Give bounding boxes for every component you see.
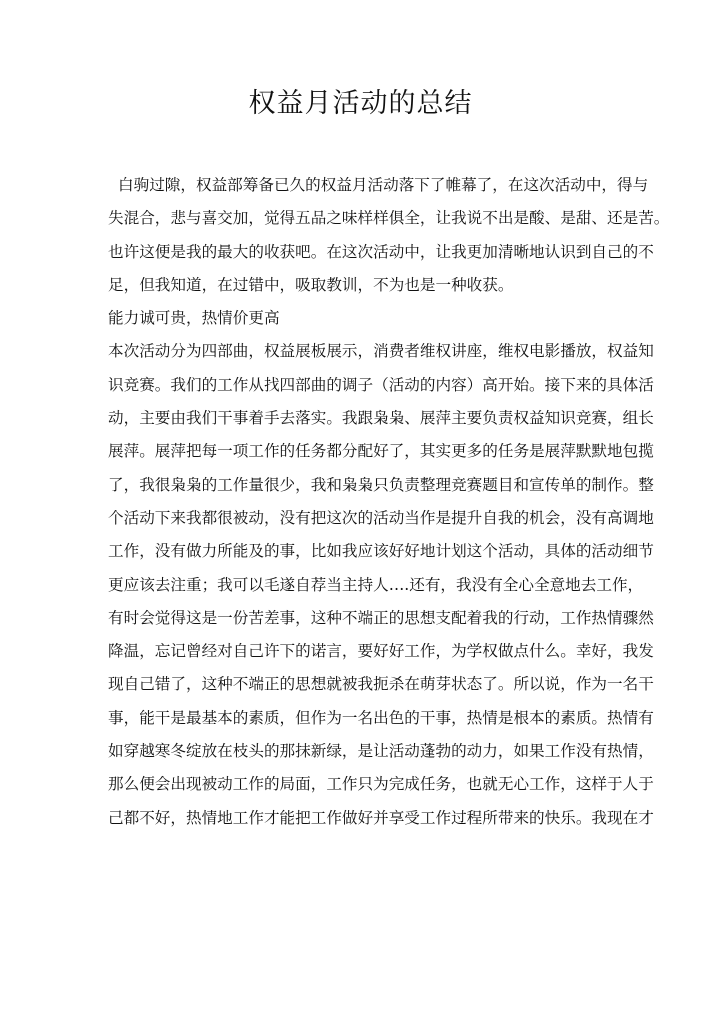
text-line: 降温，忘记曾经对自己许下的诺言，要好好工作，为学权做点什么。幸好，我发 bbox=[108, 638, 614, 671]
text-line: 如穿越寒冬绽放在枝头的那抹新绿，是让活动蓬勃的动力，如果工作没有热情， bbox=[108, 738, 614, 771]
text-line: 失混合，悲与喜交加，觉得五品之味样样俱全，让我说不出是酸、是甜、还是苦。 bbox=[108, 205, 614, 238]
text-line: 有时会觉得这是一份苦差事，这种不端正的思想支配着我的行动，工作热情骤然 bbox=[108, 605, 614, 638]
text-line: 动，主要由我们干事着手去落实。我跟枭枭、展萍主要负责权益知识竞赛，组长 bbox=[108, 405, 614, 438]
text-line: 识竞赛。我们的工作从找四部曲的调子（活动的内容）高开始。接下来的具体活 bbox=[108, 372, 614, 405]
text-line: 更应该去注重；我可以毛遂自荐当主持人….还有，我没有全心全意地去工作， bbox=[108, 572, 614, 605]
text-line: 己都不好，热情地工作才能把工作做好并享受工作过程所带来的快乐。我现在才 bbox=[108, 805, 614, 838]
text-line: 事，能干是最基本的素质，但作为一名出色的干事，热情是根本的素质。热情有 bbox=[108, 705, 614, 738]
text-line: 工作，没有做力所能及的事，比如我应该好好地计划这个活动，具体的活动细节 bbox=[108, 538, 614, 571]
text-line: 个活动下来我都很被动，没有把这次的活动当作是提升自我的机会，没有高调地 bbox=[108, 505, 614, 538]
text-line: 足，但我知道，在过错中，吸取教训，不为也是一种收获。 bbox=[108, 272, 614, 305]
text-line: 展萍。展萍把每一项工作的任务都分配好了，其实更多的任务是展萍默默地包揽 bbox=[108, 438, 614, 471]
text-line: 现自己错了，这种不端正的思想就被我扼杀在萌芽状态了。所以说，作为一名干 bbox=[108, 671, 614, 704]
document-page: 权益月活动的总结 白驹过隙，权益部筹备已久的权益月活动落下了帷幕了，在这次活动中… bbox=[0, 0, 721, 1020]
text-line: 白驹过隙，权益部筹备已久的权益月活动落下了帷幕了，在这次活动中，得与 bbox=[108, 172, 614, 205]
section-heading: 能力诚可贵，热情价更高 bbox=[108, 305, 614, 338]
text-line: 那么便会出现被动工作的局面，工作只为完成任务，也就无心工作，这样于人于 bbox=[108, 771, 614, 804]
document-body: 白驹过隙，权益部筹备已久的权益月活动落下了帷幕了，在这次活动中，得与 失混合，悲… bbox=[108, 172, 614, 838]
text-line: 本次活动分为四部曲，权益展板展示，消费者维权讲座，维权电影播放，权益知 bbox=[108, 338, 614, 371]
text-line: 也许这便是我的最大的收获吧。在这次活动中，让我更加清晰地认识到自己的不 bbox=[108, 239, 614, 272]
document-title: 权益月活动的总结 bbox=[0, 84, 721, 124]
text-line: 了，我很枭枭的工作量很少，我和枭枭只负责整理竞赛题目和宣传单的制作。整 bbox=[108, 472, 614, 505]
